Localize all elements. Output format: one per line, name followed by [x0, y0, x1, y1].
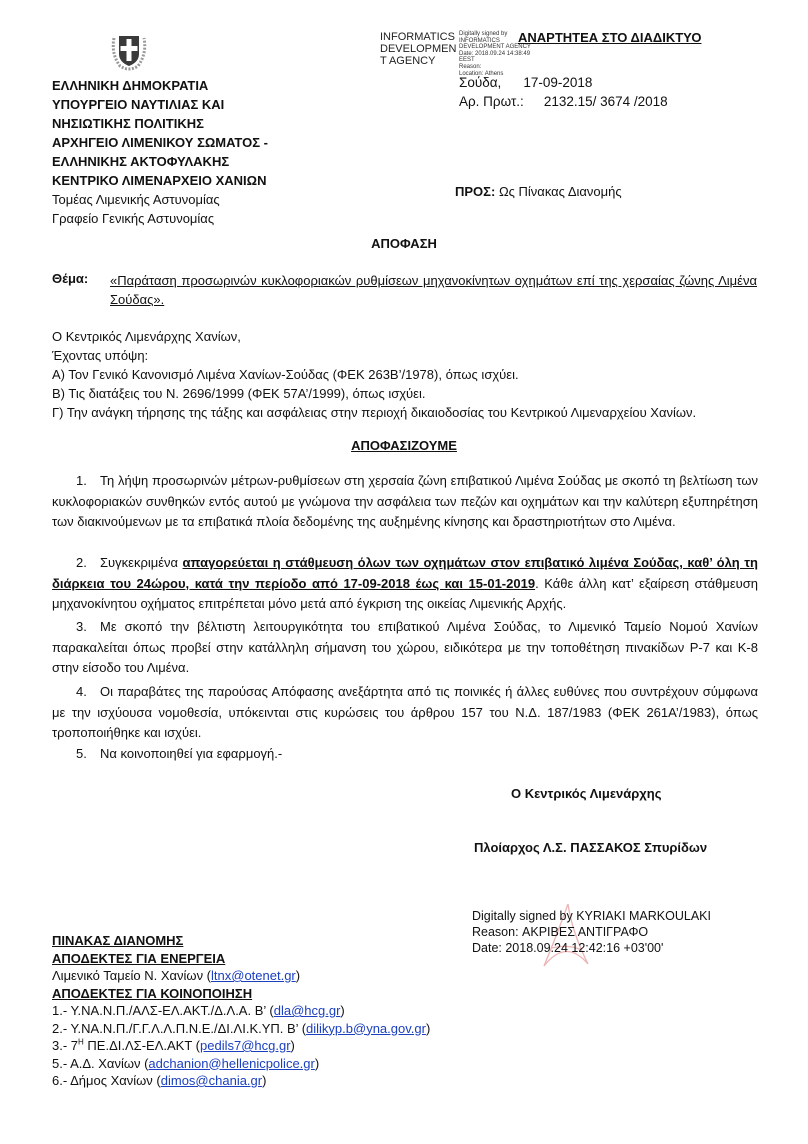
paragraph-number: 4.	[52, 682, 100, 703]
paragraph-number: 2.	[52, 553, 100, 574]
protocol-label: Αρ. Πρωτ.:	[459, 94, 524, 109]
decision-paragraph: 4.Οι παραβάτες της παρούσας Απόφασης ανε…	[52, 682, 758, 744]
paragraph-text: Οι παραβάτες της παρούσας Απόφασης ανεξά…	[52, 684, 758, 740]
signature-reason: Reason: ΑΚΡΙΒΕΣ ΑΝΤΙΓΡΑΦΟ	[472, 924, 711, 940]
recipient-email-link[interactable]: dla@hcg.gr	[274, 1003, 341, 1018]
to-label: ΠΡΟΣ:	[455, 184, 495, 199]
dept-line: Τομέας Λιμενικής Αστυνομίας	[52, 190, 268, 209]
recipient-suffix: )	[262, 1073, 266, 1088]
paragraph-text: Τη λήψη προσωρινών μέτρων-ρυθμίσεων στη …	[52, 473, 758, 529]
org-line: ΚΕΝΤΡΙΚΟ ΛΙΜΕΝΑΡΧΕΙΟ ΧΑΝΙΩΝ	[52, 171, 268, 190]
stamp-detail: Reason:	[459, 64, 531, 71]
org-line: ΕΛΛΗΝΙΚΗ ΔΗΜΟΚΡΑΤΙΑ	[52, 76, 268, 95]
recipient-item: Λιμενικό Ταμείο Ν. Χανίων (ltnx@otenet.g…	[52, 967, 430, 985]
publish-notice: ΑΝΑΡΤΗΤΕΑ ΣΤΟ ΔΙΑΔΙΚΤΥΟ	[518, 30, 701, 45]
org-line: ΑΡΧΗΓΕΙΟ ΛΙΜΕΝΙΚΟΥ ΣΩΜΑΤΟΣ -	[52, 133, 268, 152]
signature-stamp-signer[interactable]: INFORMATICS DEVELOPMEN T AGENCY	[380, 31, 456, 67]
action-recipients-title: ΑΠΟΔΕΚΤΕΣ ΓΙΑ ΕΝΕΡΓΕΙΑ	[52, 950, 430, 968]
recipient-email-link[interactable]: dimos@chania.gr	[161, 1073, 262, 1088]
stamp-detail: Date: 2018.09.24 14:38:49	[459, 51, 531, 58]
paragraph-number: 1.	[52, 471, 100, 492]
protocol-value: 2132.15/ 3674 /2018	[544, 94, 668, 109]
signer-line: T AGENCY	[380, 55, 456, 67]
preamble-line: Γ) Την ανάγκη τήρησης της τάξης και ασφά…	[52, 403, 696, 422]
org-line: ΝΗΣΙΩΤΙΚΗΣ ΠΟΛΙΤΙΚΗΣ	[52, 114, 268, 133]
digital-signature-stamp[interactable]: Digitally signed by KYRIAKI MARKOULAKI R…	[472, 908, 711, 956]
org-line: ΥΠΟΥΡΓΕΙΟ ΝΑΥΤΙΛΙΑΣ ΚΑΙ	[52, 95, 268, 114]
decision-paragraph: 2.Συγκεκριμένα απαγορεύεται η στάθμευση …	[52, 553, 758, 615]
recipient-name: Λιμενικό Ταμείο Ν. Χανίων (	[52, 968, 211, 983]
org-line: ΕΛΛΗΝΙΚΗΣ ΑΚΤΟΦΥΛΑΚΗΣ	[52, 152, 268, 171]
recipient-item: 3.- 7Η ΠΕ.ΔΙ.ΛΣ-ΕΛ.ΑΚΤ (pedils7@hcg.gr)	[52, 1037, 430, 1055]
distribution-list: ΠΙΝΑΚΑΣ ΔΙΑΝΟΜΗΣ ΑΠΟΔΕΚΤΕΣ ΓΙΑ ΕΝΕΡΓΕΙΑ …	[52, 932, 430, 1090]
recipient-email-link[interactable]: dilikyp.b@yna.gov.gr	[306, 1021, 426, 1036]
paragraph-lead: Συγκεκριμένα	[100, 555, 183, 570]
recipient-suffix: )	[296, 968, 300, 983]
recipient-name: 1.- Υ.ΝΑ.Ν.Π./ΑΛΣ-ΕΛ.ΑΚΤ./Δ.Λ.Α. Β’ (	[52, 1003, 274, 1018]
paragraph-number: 3.	[52, 617, 100, 638]
stamp-detail: DEVELOPMENT AGENCY	[459, 44, 531, 51]
recipient-item: 6.- Δήμος Χανίων (dimos@chania.gr)	[52, 1072, 430, 1090]
recipient-suffix: )	[426, 1021, 430, 1036]
recipient-name-prefix: 3.- 7	[52, 1038, 78, 1053]
recipient-email-link[interactable]: adchanion@hellenicpolice.gr	[148, 1056, 314, 1071]
protocol-number: Αρ. Πρωτ.:2132.15/ 3674 /2018	[459, 92, 668, 111]
decision-paragraph: 1.Τη λήψη προσωρινών μέτρων-ρυθμίσεων στ…	[52, 471, 758, 533]
paragraph-text: Με σκοπό την βέλτιστη λειτουργικότητα το…	[52, 619, 758, 675]
paragraph-number: 5.	[52, 744, 100, 765]
signer-line: INFORMATICS	[380, 31, 456, 43]
document-title: ΑΠΟΦΑΣΗ	[0, 236, 808, 251]
subject-text: «Παράταση προσωρινών κυκλοφοριακών ρυθμί…	[110, 271, 757, 309]
decision-paragraph: 5.Να κοινοποιηθεί για εφαρμογή.-	[52, 744, 758, 765]
subject-label: Θέμα:	[52, 271, 88, 286]
paragraph-text: Να κοινοποιηθεί για εφαρμογή.-	[100, 746, 282, 761]
recipient-suffix: )	[340, 1003, 344, 1018]
preamble-line: Β) Τις διατάξεις του Ν. 2696/1999 (ΦΕΚ 5…	[52, 384, 696, 403]
decision-heading: ΑΠΟΦΑΣΙΖΟΥΜΕ	[0, 438, 808, 453]
document-date: Σούδα,17-09-2018	[459, 73, 592, 92]
signatory-name: Πλοίαρχος Λ.Σ. ΠΑΣΣΑΚΟΣ Σπυρίδων	[474, 838, 707, 857]
place-label: Σούδα,	[459, 75, 501, 90]
signer-line: DEVELOPMEN	[380, 43, 456, 55]
preamble: Ο Κεντρικός Λιμενάρχης Χανίων, Έχοντας υ…	[52, 327, 696, 422]
recipient-suffix: )	[291, 1038, 295, 1053]
recipient-line: ΠΡΟΣ: Ως Πίνακας Διανομής	[455, 182, 622, 201]
recipient-suffix: )	[315, 1056, 319, 1071]
preamble-line: Α) Τον Γενικό Κανονισμό Λιμένα Χανίων-Σο…	[52, 365, 696, 384]
recipient-item: 5.- Α.Δ. Χανίων (adchanion@hellenicpolic…	[52, 1055, 430, 1073]
signature-date: Date: 2018.09.24 12:42:16 +03'00'	[472, 940, 711, 956]
signed-by: Digitally signed by KYRIAKI MARKOULAKI	[472, 908, 711, 924]
preamble-line: Έχοντας υπόψη:	[52, 346, 696, 365]
preamble-line: Ο Κεντρικός Λιμενάρχης Χανίων,	[52, 327, 696, 346]
recipient-name: 2.- Υ.ΝΑ.Ν.Π./Γ.Γ.Λ.Λ.Π.Ν.Ε./ΔΙ.ΛΙ.Κ.ΥΠ.…	[52, 1021, 306, 1036]
recipient-item: 1.- Υ.ΝΑ.Ν.Π./ΑΛΣ-ΕΛ.ΑΚΤ./Δ.Λ.Α. Β’ (dla…	[52, 1002, 430, 1020]
stamp-detail: EEST	[459, 57, 531, 64]
to-value: Ως Πίνακας Διανομής	[499, 184, 622, 199]
recipient-email-link[interactable]: ltnx@otenet.gr	[211, 968, 296, 983]
recipient-name: 6.- Δήμος Χανίων (	[52, 1073, 161, 1088]
recipient-email-link[interactable]: pedils7@hcg.gr	[200, 1038, 291, 1053]
signatory-title: Ο Κεντρικός Λιμενάρχης	[511, 784, 661, 803]
issuing-authority: ΕΛΛΗΝΙΚΗ ΔΗΜΟΚΡΑΤΙΑ ΥΠΟΥΡΓΕΙΟ ΝΑΥΤΙΛΙΑΣ …	[52, 76, 268, 228]
recipient-name: 5.- Α.Δ. Χανίων (	[52, 1056, 148, 1071]
notify-recipients-title: ΑΠΟΔΕΚΤΕΣ ΓΙΑ ΚΟΙΝΟΠΟΙΗΣΗ	[52, 985, 430, 1003]
dept-line: Γραφείο Γενικής Αστυνομίας	[52, 209, 268, 228]
distribution-title: ΠΙΝΑΚΑΣ ΔΙΑΝΟΜΗΣ	[52, 932, 430, 950]
decision-paragraph: 3.Με σκοπό την βέλτιστη λειτουργικότητα …	[52, 617, 758, 679]
date-value: 17-09-2018	[523, 75, 592, 90]
recipient-item: 2.- Υ.ΝΑ.Ν.Π./Γ.Γ.Λ.Λ.Π.Ν.Ε./ΔΙ.ΛΙ.Κ.ΥΠ.…	[52, 1020, 430, 1038]
recipient-name: ΠΕ.ΔΙ.ΛΣ-ΕΛ.ΑΚΤ (	[84, 1038, 200, 1053]
greek-coat-of-arms-icon	[108, 28, 150, 74]
